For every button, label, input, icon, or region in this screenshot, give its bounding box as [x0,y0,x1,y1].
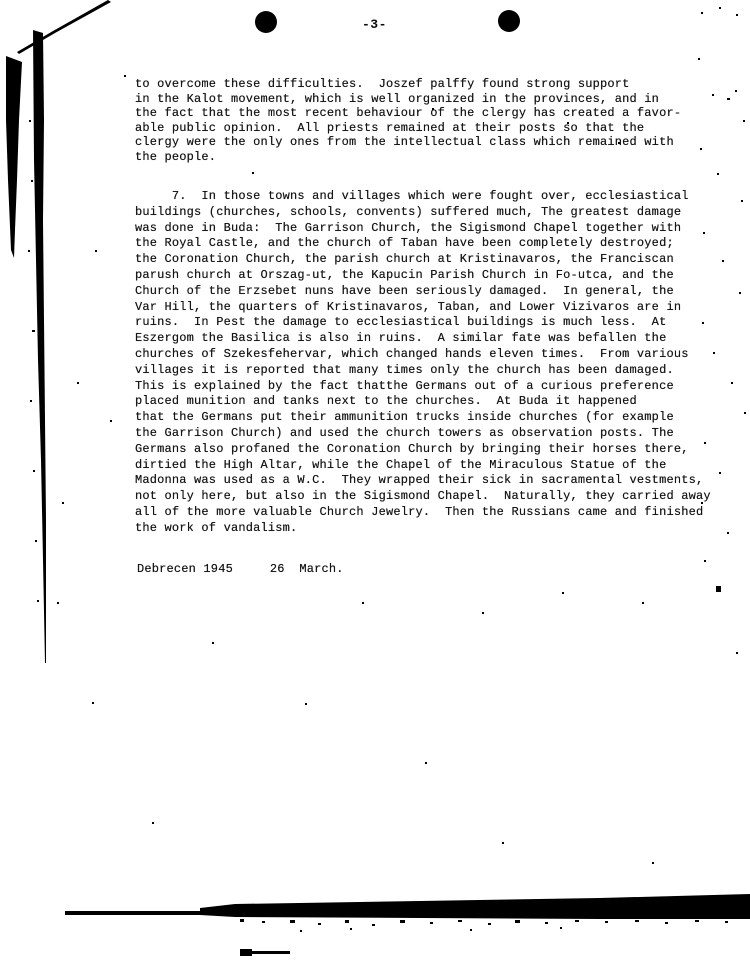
text-line: Eszergom the Basilica is also in ruins. … [135,331,711,347]
text-line: Var Hill, the quarters of Kristinavaros,… [135,300,711,316]
text-line: placed munition and tanks next to the ch… [135,394,711,410]
text-line: This is explained by the fact thatthe Ge… [135,379,711,395]
text-line: the Coronation Church, the parish church… [135,252,711,268]
text-line: ruins. In Pest the damage to ecclesiasti… [135,315,711,331]
text-line: all of the more valuable Church Jewelry.… [135,505,711,521]
text-line: buildings (churches, schools, convents) … [135,205,711,221]
text-line: Church of the Erzsebet nuns have been se… [135,284,711,300]
text-line: 7. In those towns and villages which wer… [135,189,711,205]
text-line: was done in Buda: The Garrison Church, t… [135,221,711,237]
bottom-bar-thin [65,911,210,915]
scanned-document-page: -3- to overcome these difficulties. Josz… [0,0,750,972]
text-line: churches of Szekesfehervar, which change… [135,347,711,363]
text-line: that the Germans put their ammunition tr… [135,410,711,426]
bottom-bar-fringe [240,919,728,932]
text-line: dirtied the High Altar, while the Chapel… [135,458,711,474]
text-line: the fact that the most recent behaviour … [135,106,681,121]
text-line: Madonna was used as a W.C. They wrapped … [135,473,711,489]
text-line: in the Kalot movement, which is well org… [135,92,681,107]
dateline: Debrecen 1945 26 March. [137,562,344,576]
text-line: the people. [135,150,681,165]
punch-hole-right-icon [498,10,520,32]
streak-fuzz [28,120,39,602]
bottom-small-mark [240,949,290,956]
text-line: parush church at Orszag-ut, the Kapucin … [135,268,711,284]
text-line: the Garrison Church) and used the church… [135,426,711,442]
text-line: Germans also profaned the Coronation Chu… [135,442,711,458]
paragraph-1: to overcome these difficulties. Joszef p… [135,77,681,165]
paragraph-2: 7. In those towns and villages which wer… [135,189,711,537]
text-line: clergy were the only ones from the intel… [135,135,681,150]
page-number: -3- [362,17,387,32]
scan-streak-artifact [33,30,46,663]
punch-hole-left-icon [255,11,277,33]
bottom-bar-main [200,894,750,919]
text-line: the work of vandalism. [135,521,711,537]
text-line: villages it is reported that many times … [135,363,711,379]
scan-crease-line [17,0,111,54]
text-line: able public opinion. All priests remaine… [135,121,681,136]
text-line: to overcome these difficulties. Joszef p… [135,77,681,92]
text-line: not only here, but also in the Sigismond… [135,489,711,505]
scan-wedge-artifact [6,56,22,258]
text-line: the Royal Castle, and the church of Taba… [135,236,711,252]
